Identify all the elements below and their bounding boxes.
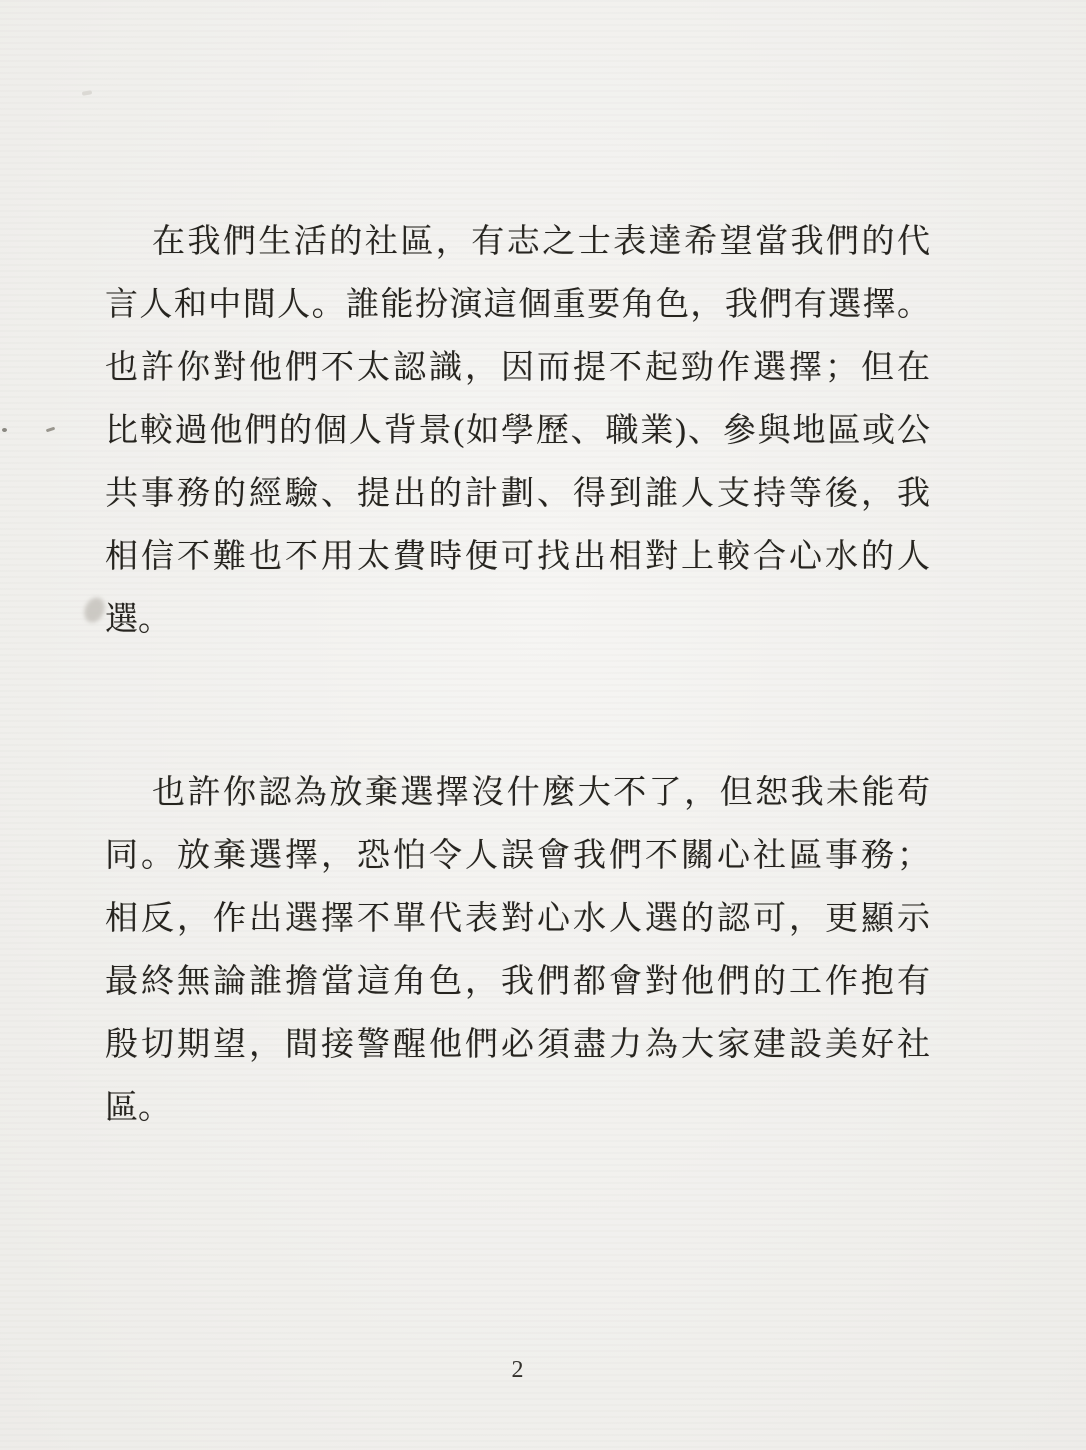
text-line: 相信不難也不用太費時便可找出相對上較合心水的人: [105, 526, 930, 589]
text-line: 殷切期望，間接警醒他們必須盡力為大家建設美好社: [105, 1014, 930, 1077]
document-page: 在我們生活的社區，有志之士表達希望當我們的代 言人和中間人。誰能扮演這個重要角色…: [0, 0, 1086, 1450]
text-line: 也許你認為放棄選擇沒什麼大不了，但恕我未能苟: [105, 762, 930, 825]
text-line: 最終無論誰擔當這角色，我們都會對他們的工作抱有: [105, 951, 930, 1014]
text-line: 比較過他們的個人背景(如學歷、職業)、參與地區或公: [105, 400, 930, 463]
text-line: 選。: [105, 589, 930, 652]
page-number: 2: [105, 1350, 930, 1390]
text-line: 相反，作出選擇不單代表對心水人選的認可，更顯示: [105, 888, 930, 951]
scan-speck: [46, 427, 55, 433]
text-line: 同。放棄選擇，恐怕令人誤會我們不關心社區事務；: [105, 825, 930, 888]
text-line: 區。: [105, 1077, 930, 1140]
text-line: 在我們生活的社區，有志之士表達希望當我們的代: [105, 211, 930, 274]
paragraph-1: 在我們生活的社區，有志之士表達希望當我們的代 言人和中間人。誰能扮演這個重要角色…: [105, 211, 930, 652]
scan-speck: [82, 90, 93, 96]
paragraph-2: 也許你認為放棄選擇沒什麼大不了，但恕我未能苟 同。放棄選擇，恐怕令人誤會我們不關…: [105, 762, 930, 1140]
text-line: 也許你對他們不太認識，因而提不起勁作選擇；但在: [105, 337, 930, 400]
text-block: 在我們生活的社區，有志之士表達希望當我們的代 言人和中間人。誰能扮演這個重要角色…: [105, 0, 930, 1450]
text-line: 言人和中間人。誰能扮演這個重要角色，我們有選擇。: [105, 274, 930, 337]
scan-speck: [2, 428, 7, 432]
text-line: 共事務的經驗、提出的計劃、得到誰人支持等後，我: [105, 463, 930, 526]
